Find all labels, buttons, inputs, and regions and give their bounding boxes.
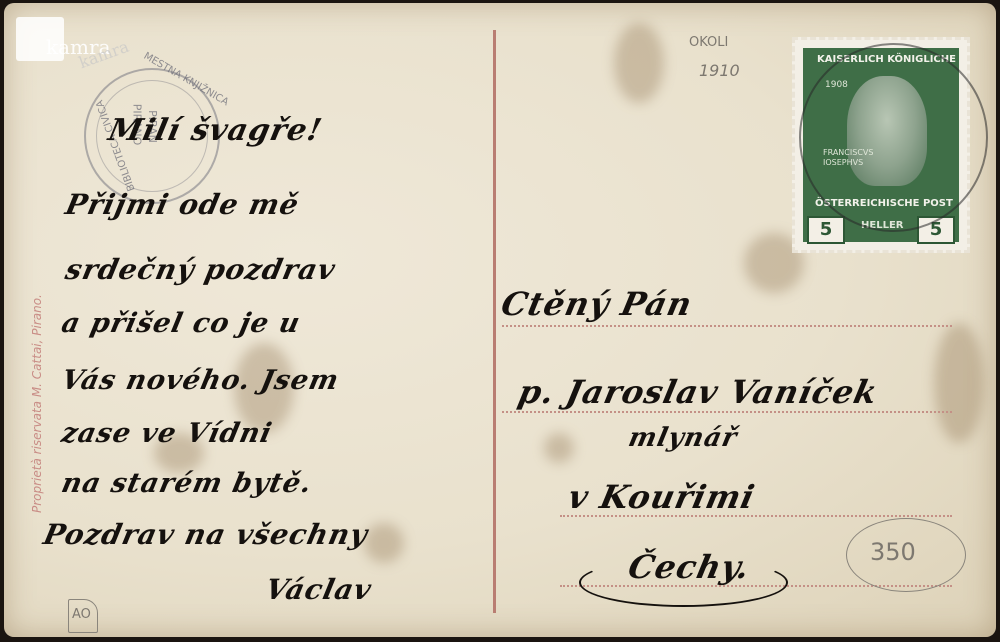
- message-line-6: zase ve Vídni: [59, 418, 275, 449]
- message-line-7: na starém bytě.: [59, 468, 315, 499]
- message-signature: Václav: [262, 573, 374, 606]
- message-line-5: Vás nového. Jsem: [59, 365, 342, 396]
- pencil-location-note: OKOLI: [689, 35, 728, 50]
- stain: [544, 433, 574, 463]
- address-line-2: [502, 411, 952, 413]
- address-line-town: v Kouřimi: [565, 478, 759, 516]
- pencil-box-code: AO: [72, 607, 91, 622]
- message-line-3: srdečný pozdrav: [62, 253, 338, 286]
- address-line-salutation: Ctěný Pán: [498, 285, 696, 323]
- pencil-year-note: 1910: [699, 61, 740, 80]
- center-divider: [493, 30, 496, 613]
- address-line-1: [502, 325, 952, 327]
- publisher-imprint: Proprietà riservata M. Cattai, Pirano.: [30, 294, 44, 513]
- message-line-2: Přijmi ode mě: [62, 188, 302, 221]
- pencil-catalog-number: 350: [870, 538, 916, 566]
- postmark-cancellation: [799, 43, 988, 232]
- stain: [364, 523, 404, 563]
- country-underline-flourish: [579, 558, 788, 607]
- message-line-8: Pozdrav na všechny: [40, 518, 371, 551]
- message-line-4: a přišel co je u: [59, 308, 304, 339]
- address-line-occupation: mlynář: [626, 423, 740, 453]
- address-line-name: p. Jaroslav Vaníček: [515, 373, 882, 411]
- stain: [614, 23, 664, 103]
- stamp-value-left: 5: [807, 216, 845, 244]
- postcard-back: kamra kamra MESTNA KNJIŽNICA PIRAN PIRAN…: [4, 3, 996, 637]
- stain: [934, 323, 984, 443]
- message-line-1: Milí švagře!: [105, 113, 325, 148]
